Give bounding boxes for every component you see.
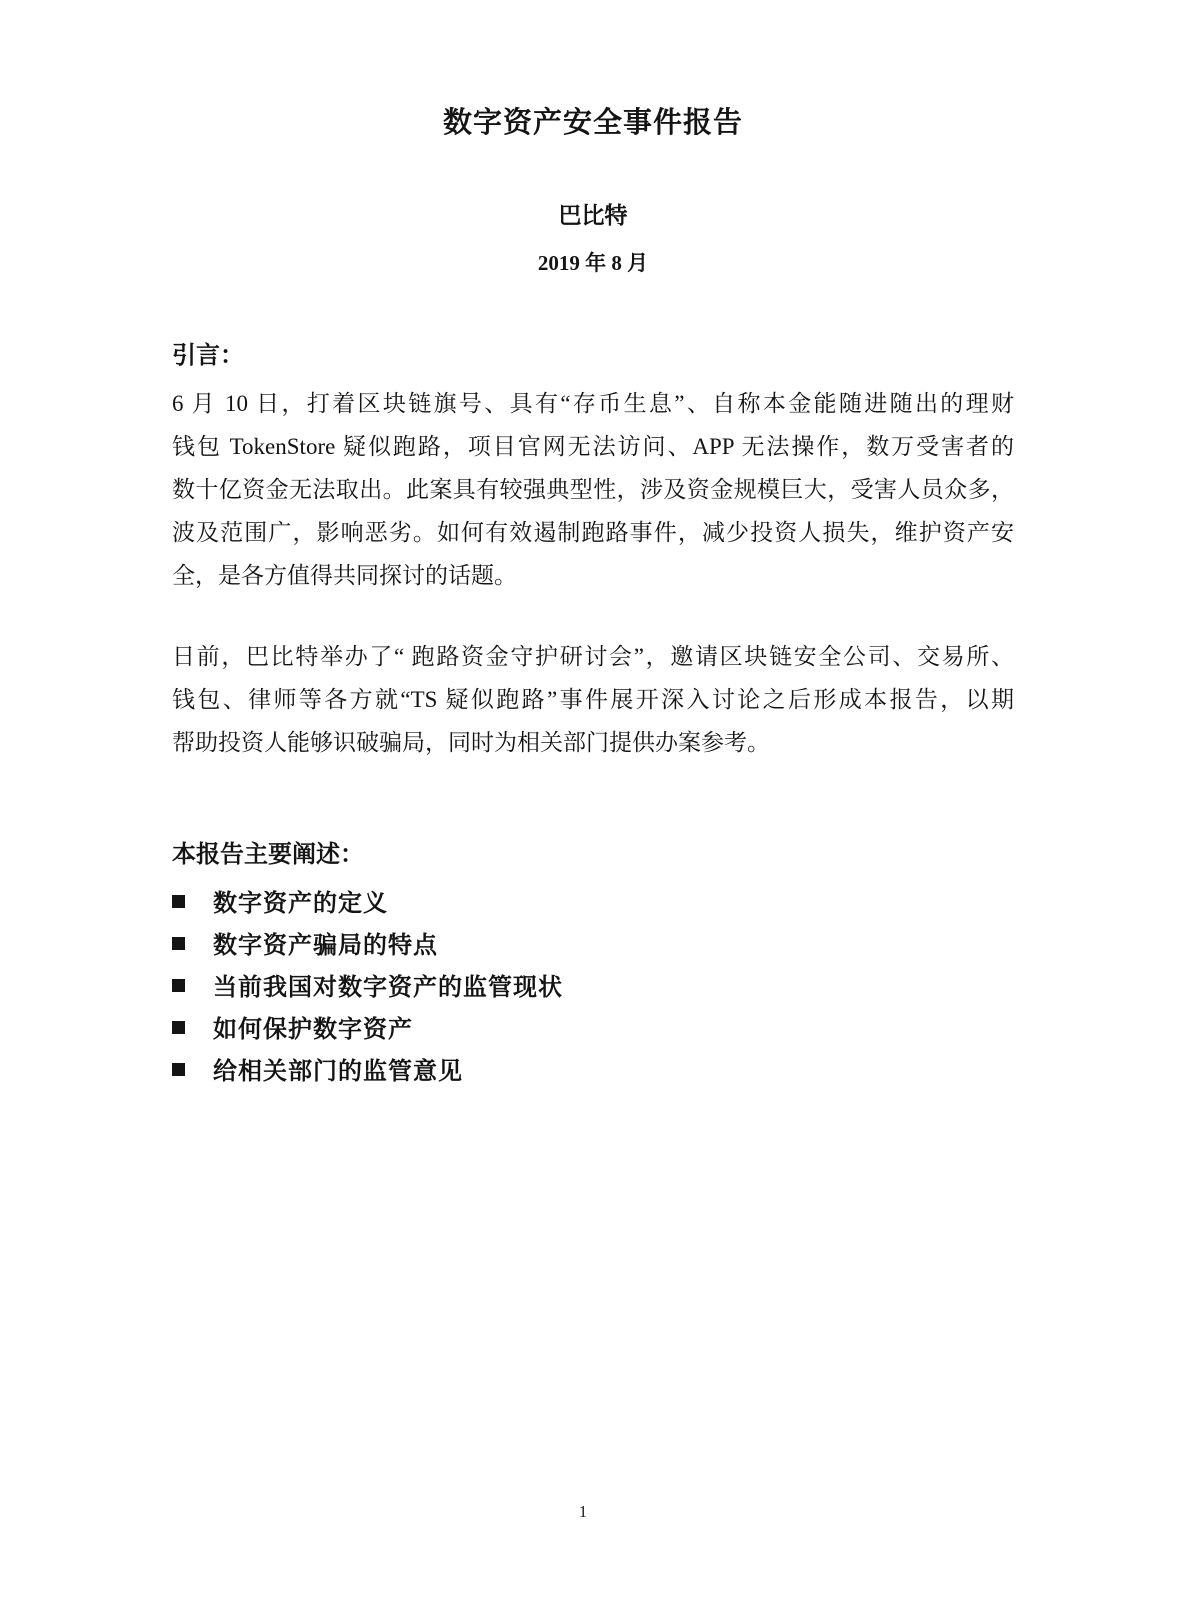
page-title: 数字资产安全事件报告 xyxy=(172,0,1014,141)
bullet-label: 如何保护数字资产 xyxy=(213,1009,413,1044)
paragraph-line: 6 月 10 日，打着区块链旗号、具有“存币生息”、自称本金能随进随出的理财 xyxy=(172,382,1014,425)
bullet-square-icon xyxy=(172,1063,185,1076)
intro-paragraph-1: 6 月 10 日，打着区块链旗号、具有“存币生息”、自称本金能随进随出的理财 钱… xyxy=(172,382,1014,597)
document-date: 2019 年 8 月 xyxy=(172,247,1014,277)
outline-bullet-list: 数字资产的定义 数字资产骗局的特点 当前我国对数字资产的监管现状 如何保护数字资… xyxy=(172,879,1014,1089)
list-item: 数字资产的定义 xyxy=(172,879,1014,921)
document-page: 数字资产安全事件报告 巴比特 2019 年 8 月 引言： 6 月 10 日，打… xyxy=(0,0,1186,1622)
page-content: 数字资产安全事件报告 巴比特 2019 年 8 月 引言： 6 月 10 日，打… xyxy=(172,0,1014,1089)
intro-heading: 引言： xyxy=(172,335,1014,370)
page-number: 1 xyxy=(0,1502,1166,1522)
paragraph-line: 全，是各方值得共同探讨的话题。 xyxy=(172,554,1014,597)
bullet-label: 数字资产的定义 xyxy=(213,883,388,918)
paragraph-line: 波及范围广，影响恶劣。如何有效遏制跑路事件，减少投资人损失，维护资产安 xyxy=(172,511,1014,554)
paragraph-line: 钱包、律师等各方就“TS 疑似跑路”事件展开深入讨论之后形成本报告，以期 xyxy=(172,678,1014,721)
bullet-label: 数字资产骗局的特点 xyxy=(213,925,438,960)
bullet-square-icon xyxy=(172,937,185,950)
bullet-square-icon xyxy=(172,979,185,992)
bullet-label: 给相关部门的监管意见 xyxy=(213,1051,463,1086)
paragraph-line: 钱包 TokenStore 疑似跑路，项目官网无法访问、APP 无法操作，数万受… xyxy=(172,425,1014,468)
paragraph-line: 日前，巴比特举办了“ 跑路资金守护研讨会”，邀请区块链安全公司、交易所、 xyxy=(172,635,1014,678)
intro-paragraph-2: 日前，巴比特举办了“ 跑路资金守护研讨会”，邀请区块链安全公司、交易所、 钱包、… xyxy=(172,635,1014,764)
paragraph-line: 数十亿资金无法取出。此案具有较强典型性，涉及资金规模巨大，受害人员众多， xyxy=(172,468,1014,511)
list-item: 如何保护数字资产 xyxy=(172,1005,1014,1047)
outline-heading: 本报告主要阐述： xyxy=(172,834,1014,869)
bullet-square-icon xyxy=(172,1021,185,1034)
bullet-square-icon xyxy=(172,895,185,908)
list-item: 当前我国对数字资产的监管现状 xyxy=(172,963,1014,1005)
document-author: 巴比特 xyxy=(172,197,1014,230)
list-item: 给相关部门的监管意见 xyxy=(172,1047,1014,1089)
list-item: 数字资产骗局的特点 xyxy=(172,921,1014,963)
bullet-label: 当前我国对数字资产的监管现状 xyxy=(213,967,563,1002)
paragraph-line: 帮助投资人能够识破骗局，同时为相关部门提供办案参考。 xyxy=(172,721,1014,764)
